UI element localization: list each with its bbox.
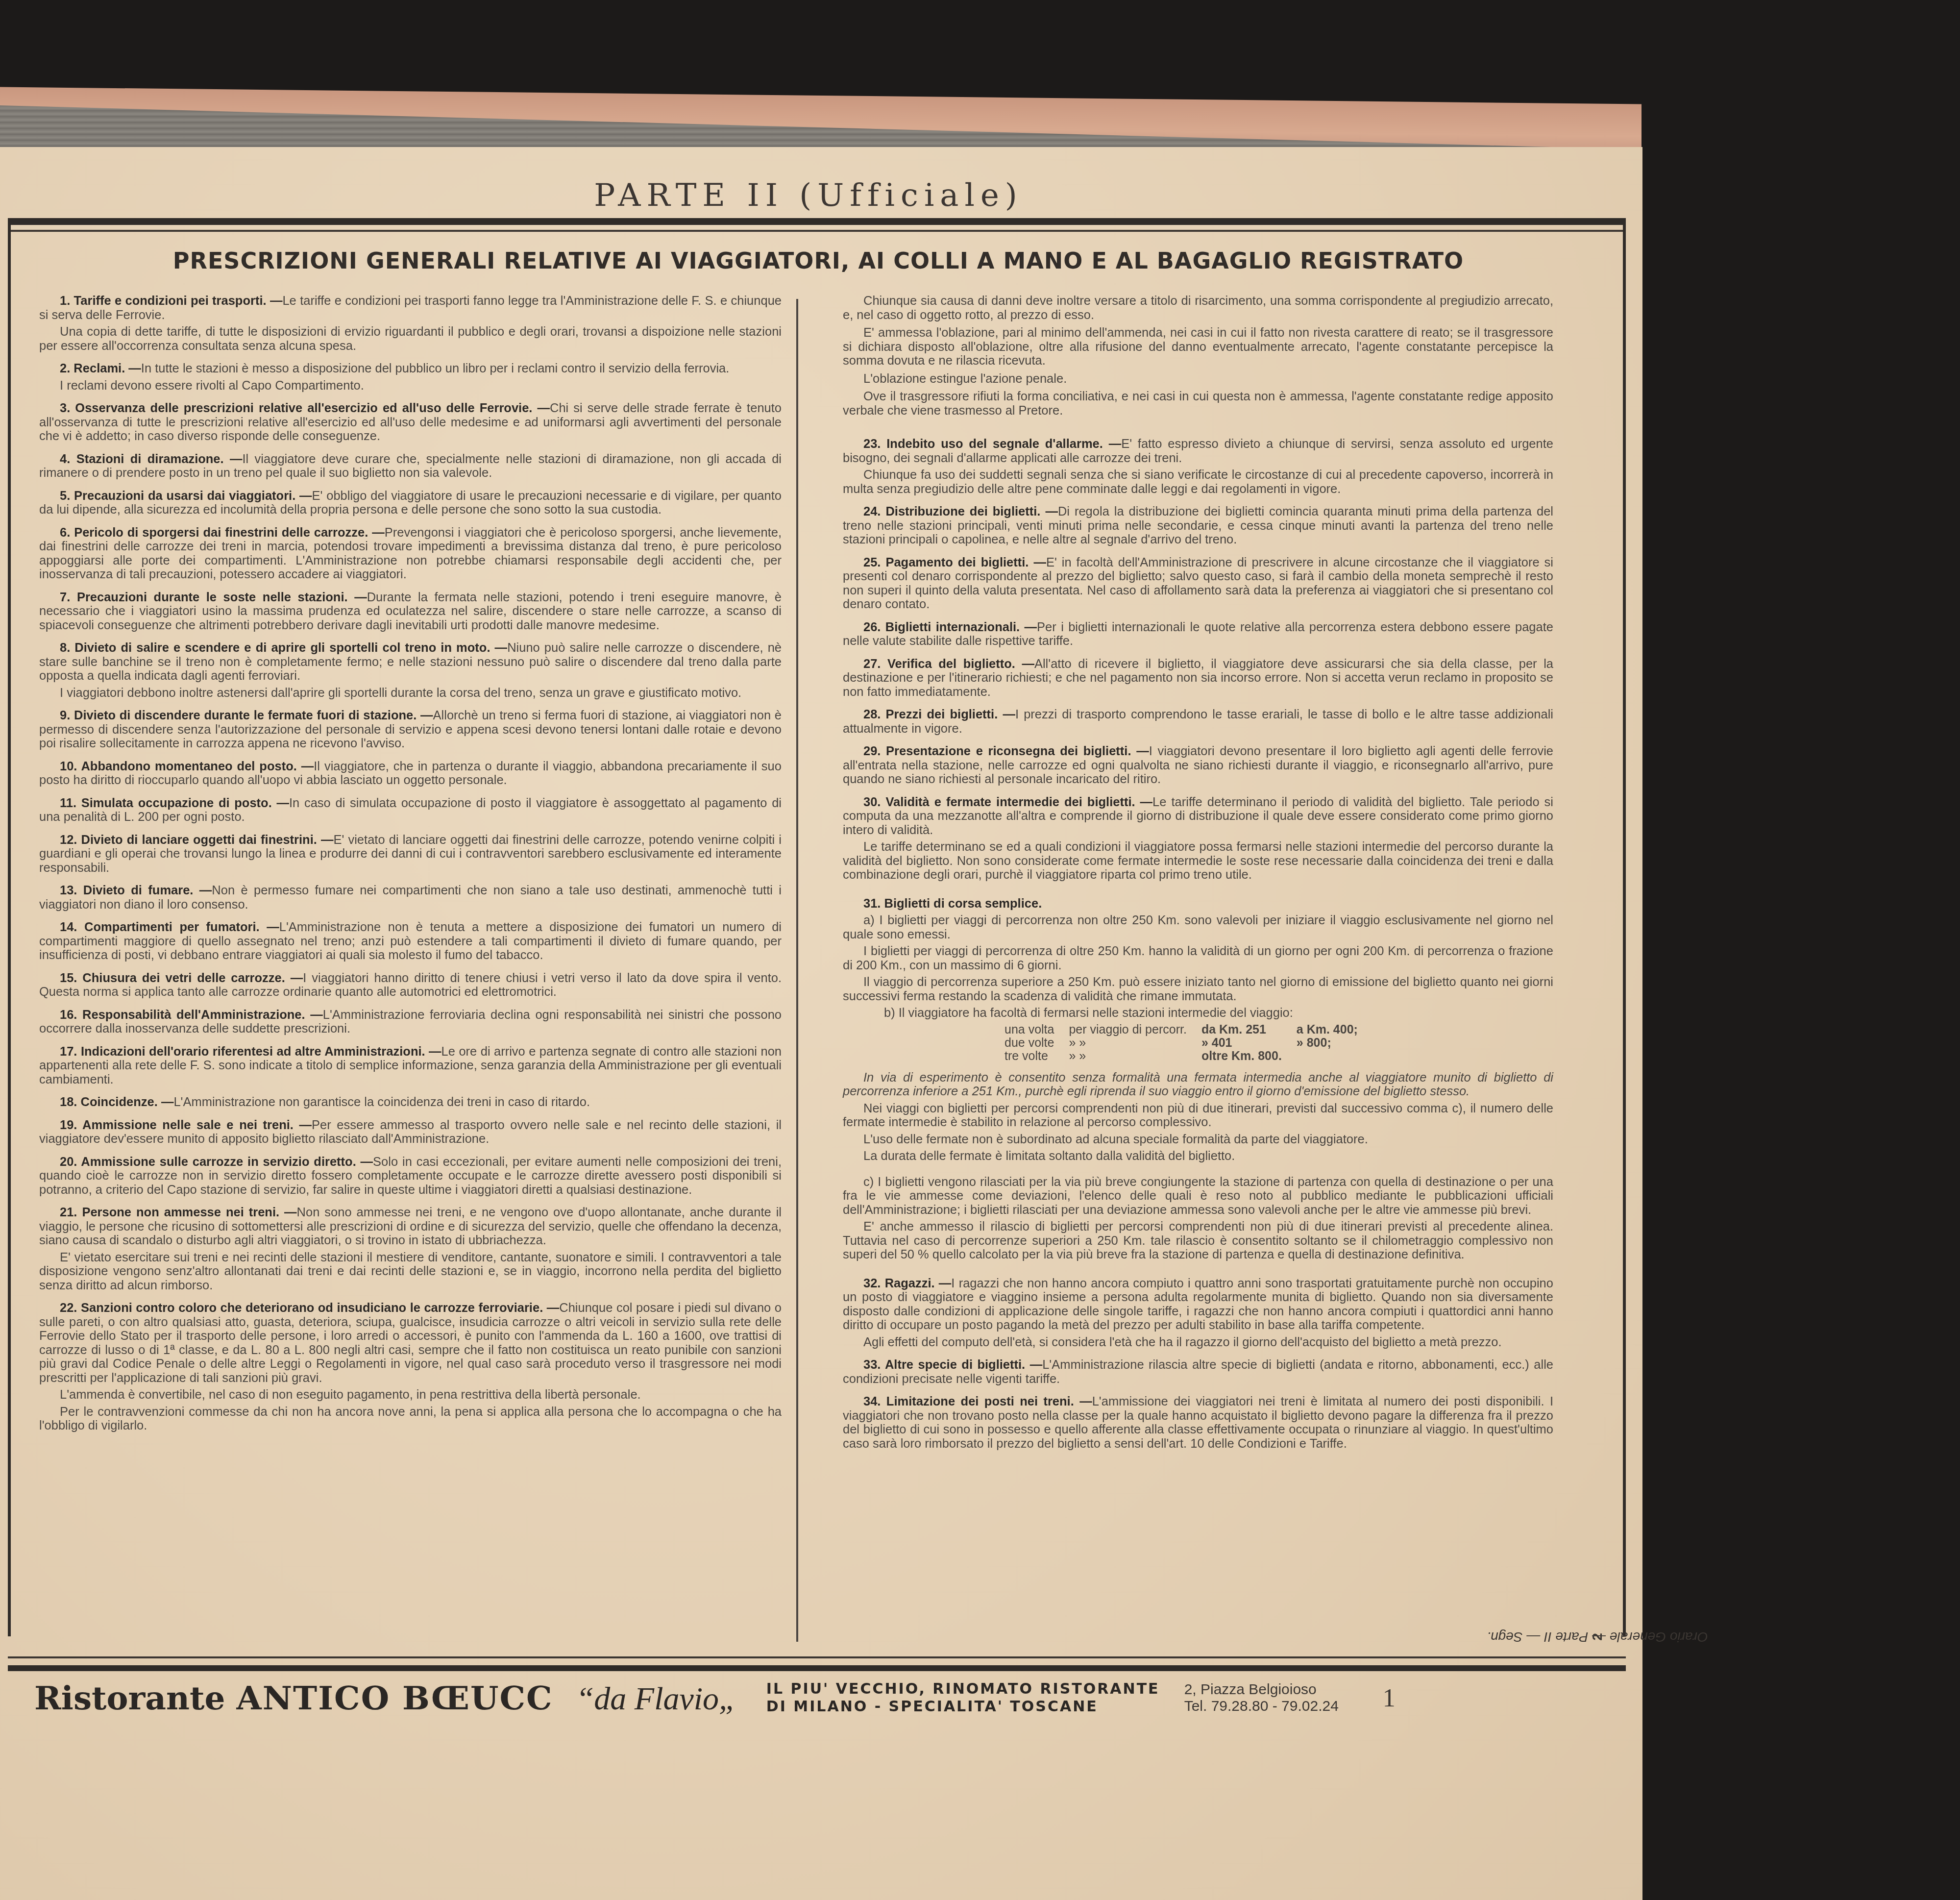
- paragraph: E' ammessa l'oblazione, pari al minimo d…: [843, 326, 1553, 368]
- article-heading: 34. Limitazione dei posti nei treni. —: [863, 1395, 1092, 1408]
- article: 12. Divieto di lanciare oggetti dai fine…: [39, 833, 782, 875]
- article-heading: 6. Pericolo di sporgersi dai finestrini …: [60, 526, 385, 540]
- article-heading: 4. Stazioni di diramazione. —: [60, 452, 243, 466]
- fermate-row: due volte» »» 401» 800;: [1004, 1036, 1372, 1050]
- article-heading: 2. Reclami. —: [60, 362, 141, 375]
- paragraph: Il viaggio di percorrenza superiore a 25…: [843, 975, 1553, 1003]
- article-text: Le tariffe determinano se ed a quali con…: [843, 840, 1553, 882]
- article-paragraph: 16. Responsabilità dell'Amministrazione.…: [39, 1008, 782, 1036]
- article-heading: 12. Divieto di lanciare oggetti dai fine…: [60, 833, 333, 847]
- article: 29. Presentazione e riconsegna dei bigli…: [843, 744, 1553, 787]
- left-column: 1. Tariffe e condizioni pei trasporti. —…: [39, 294, 782, 1442]
- article-text: Una copia di dette tariffe, di tutte le …: [39, 325, 782, 353]
- article: 27. Verifica del biglietto. —All'atto di…: [843, 657, 1553, 699]
- article: 5. Precauzioni da usarsi dai viaggiatori…: [39, 489, 782, 517]
- article-heading: 7. Precauzioni durante le soste nelle st…: [60, 591, 367, 604]
- paragraph: Ove il trasgressore rifiuti la forma con…: [843, 390, 1553, 418]
- article: 21. Persone non ammesse nei treni. —Non …: [39, 1206, 782, 1292]
- article-paragraph: 34. Limitazione dei posti nei treni. —L'…: [843, 1395, 1553, 1451]
- article-31-para-c: c) I biglietti vengono rilasciati per la…: [843, 1175, 1553, 1262]
- article-heading: 10. Abbandono momentaneo del posto. —: [60, 760, 314, 773]
- fermate-cell: » »: [1069, 1050, 1201, 1063]
- article-heading: 17. Indicazioni dell'orario riferentesi …: [60, 1045, 441, 1059]
- fermate-row: una voltaper viaggio di percorr.da Km. 2…: [1004, 1023, 1372, 1036]
- fermate-cell: una volta: [1004, 1023, 1069, 1036]
- article: 18. Coincidenze. —L'Amministrazione non …: [39, 1095, 782, 1110]
- article-paragraph: 27. Verifica del biglietto. —All'atto di…: [843, 657, 1553, 699]
- page-title: PARTE II (Ufficiale): [0, 177, 1617, 214]
- paragraph: L'oblazione estingue l'azione penale.: [843, 372, 1553, 386]
- article: 1. Tariffe e condizioni pei trasporti. —…: [39, 294, 782, 353]
- restaurant-advertisement: Ristorante ANTICO BŒUCC “da Flavio„ IL P…: [34, 1676, 1617, 1720]
- article-text: I reclami devono essere rivolti al Capo …: [60, 379, 364, 393]
- article-paragraph: 14. Compartimenti per fumatori. —L'Ammin…: [39, 920, 782, 962]
- article-paragraph: 9. Divieto di discendere durante le ferm…: [39, 709, 782, 751]
- article-heading: 8. Divieto di salire e scendere e di apr…: [60, 641, 507, 655]
- article-paragraph: 7. Precauzioni durante le soste nelle st…: [39, 591, 782, 633]
- article: 15. Chiusura dei vetri delle carrozze. —…: [39, 971, 782, 999]
- article-heading: 25. Pagamento dei biglietti. —: [863, 556, 1046, 569]
- frame-rule-thick: [8, 1665, 1626, 1671]
- fermate-table: una voltaper viaggio di percorr.da Km. 2…: [1004, 1023, 1372, 1063]
- article-paragraph: 10. Abbandono momentaneo del posto. —Il …: [39, 760, 782, 788]
- fermate-cell: due volte: [1004, 1036, 1069, 1050]
- frame-rule-thin: [8, 1656, 1626, 1658]
- ad-tagline: “da Flavio„: [576, 1681, 737, 1717]
- article-heading: 23. Indebito uso del segnale d'allarme. …: [863, 437, 1121, 451]
- article-heading: 9. Divieto di discendere durante le ferm…: [60, 709, 433, 722]
- article-paragraph: 26. Biglietti internazionali. —Per i big…: [843, 620, 1553, 648]
- article-paragraph: 20. Ammissione sulle carrozze in servizi…: [39, 1155, 782, 1197]
- article: 16. Responsabilità dell'Amministrazione.…: [39, 1008, 782, 1036]
- ad-restaurant-name: Ristorante ANTICO BŒUCC “da Flavio„: [34, 1679, 737, 1718]
- paragraph: Nei viaggi con biglietti per percorsi co…: [843, 1102, 1553, 1130]
- article-paragraph: 5. Precauzioni da usarsi dai viaggiatori…: [39, 489, 782, 517]
- article-paragraph: 1. Tariffe e condizioni pei trasporti. —…: [39, 294, 782, 322]
- article-paragraph: L'ammenda è convertibile, nel caso di no…: [39, 1388, 782, 1402]
- article-text: I viaggiatori debbono inoltre astenersi …: [60, 686, 741, 700]
- article-heading: 15. Chiusura dei vetri delle carrozze. —: [60, 971, 303, 985]
- article-paragraph: Le tariffe determinano se ed a quali con…: [843, 840, 1553, 882]
- article-paragraph: Chiunque fa uso dei suddetti segnali sen…: [843, 468, 1553, 496]
- articles-23-30: 23. Indebito uso del segnale d'allarme. …: [843, 437, 1553, 882]
- article: 14. Compartimenti per fumatori. —L'Ammin…: [39, 920, 782, 962]
- article: 34. Limitazione dei posti nei treni. —L'…: [843, 1395, 1553, 1451]
- paragraph: Chiunque sia causa di danni deve inoltre…: [843, 294, 1553, 322]
- article: 20. Ammissione sulle carrozze in servizi…: [39, 1155, 782, 1197]
- paragraph: a) I biglietti per viaggi di percorrenza…: [843, 913, 1553, 941]
- article-paragraph: 25. Pagamento dei biglietti. —E' in faco…: [843, 556, 1553, 612]
- article: 25. Pagamento dei biglietti. —E' in faco…: [843, 556, 1553, 612]
- fermate-cell: [1297, 1050, 1372, 1063]
- paragraph: L'uso delle fermate non è subordinato ad…: [843, 1133, 1553, 1147]
- article-heading: 16. Responsabilità dell'Amministrazione.…: [60, 1008, 323, 1022]
- ad-address: 2, Piazza Belgioioso Tel. 79.28.80 - 79.…: [1184, 1681, 1339, 1715]
- ad-slogan-line1: IL PIU' VECCHIO, RINOMATO RISTORANTE: [766, 1680, 1160, 1698]
- article-heading: 28. Prezzi dei biglietti. —: [863, 708, 1015, 721]
- article: 6. Pericolo di sporgersi dai finestrini …: [39, 526, 782, 582]
- side-running-label: Orario Generale — Parte II — Segn. 2: [1583, 1446, 1612, 1828]
- main-heading: PRESCRIZIONI GENERALI RELATIVE AI VIAGGI…: [20, 247, 1617, 274]
- article: 22. Sanzioni contro coloro che deteriora…: [39, 1301, 782, 1433]
- article-31-para-b: b) Il viaggiatore ha facoltà di fermarsi…: [843, 1006, 1553, 1020]
- article: 10. Abbandono momentaneo del posto. —Il …: [39, 760, 782, 788]
- article-paragraph: 4. Stazioni di diramazione. —Il viaggiat…: [39, 452, 782, 480]
- article-paragraph: 6. Pericolo di sporgersi dai finestrini …: [39, 526, 782, 582]
- article-heading: 29. Presentazione e riconsegna dei bigli…: [863, 744, 1149, 758]
- paragraph: I biglietti per viaggi di percorrenza di…: [843, 944, 1553, 972]
- paragraph: E' anche ammesso il rilascio di bigliett…: [843, 1220, 1553, 1262]
- article-paragraph: 30. Validità e fermate intermedie dei bi…: [843, 795, 1553, 838]
- fermate-cell: per viaggio di percorr.: [1069, 1023, 1201, 1036]
- article: 23. Indebito uso del segnale d'allarme. …: [843, 437, 1553, 496]
- article: 24. Distribuzione dei biglietti. —Di reg…: [843, 505, 1553, 547]
- article-heading: 26. Biglietti internazionali. —: [863, 620, 1037, 634]
- article-text: E' vietato esercitare sui treni e nei re…: [39, 1251, 782, 1292]
- article-paragraph: 13. Divieto di fumare. —Non è permesso f…: [39, 884, 782, 912]
- article-paragraph: 22. Sanzioni contro coloro che deteriora…: [39, 1301, 782, 1385]
- article-heading: 33. Altre specie di biglietti. —: [863, 1358, 1042, 1372]
- fermate-cell: » 401: [1201, 1036, 1297, 1050]
- article: 8. Divieto di salire e scendere e di apr…: [39, 641, 782, 700]
- article: 28. Prezzi dei biglietti. —I prezzi di t…: [843, 708, 1553, 736]
- article: 13. Divieto di fumare. —Non è permesso f…: [39, 884, 782, 912]
- ad-slogan-line2: DI MILANO - SPECIALITA' TOSCANE: [766, 1698, 1160, 1716]
- article-paragraph: 32. Ragazzi. —I ragazzi che non hanno an…: [843, 1277, 1553, 1332]
- article: 7. Precauzioni durante le soste nelle st…: [39, 591, 782, 633]
- page-number: 1: [1383, 1684, 1396, 1713]
- article-text: Agli effetti del computo dell'età, si co…: [863, 1335, 1502, 1349]
- article-paragraph: 2. Reclami. —In tutte le stazioni è mess…: [39, 362, 782, 376]
- article-31-heading: 31. Biglietti di corsa semplice.: [863, 897, 1042, 911]
- right-column: Chiunque sia causa di danni deve inoltre…: [843, 294, 1553, 1459]
- article-paragraph: 8. Divieto di salire e scendere e di apr…: [39, 641, 782, 683]
- column-divider: [796, 299, 798, 1642]
- ad-slogan: IL PIU' VECCHIO, RINOMATO RISTORANTE DI …: [766, 1680, 1160, 1716]
- article-paragraph: Per le contravvenzioni commesse da chi n…: [39, 1405, 782, 1433]
- article-paragraph: 33. Altre specie di biglietti. —L'Ammini…: [843, 1358, 1553, 1386]
- article-31-para-a: a) I biglietti per viaggi di percorrenza…: [843, 913, 1553, 1003]
- ad-prefix: Ristorante: [34, 1679, 225, 1717]
- article: 26. Biglietti internazionali. —Per i big…: [843, 620, 1553, 648]
- article-paragraph: 24. Distribuzione dei biglietti. —Di reg…: [843, 505, 1553, 547]
- document-page: PARTE II (Ufficiale) PRESCRIZIONI GENERA…: [0, 147, 1642, 1900]
- article-22-continuation: Chiunque sia causa di danni deve inoltre…: [843, 294, 1553, 418]
- fermate-cell: » »: [1069, 1036, 1201, 1050]
- article-heading: 5. Precauzioni da usarsi dai viaggiatori…: [60, 489, 312, 503]
- article-31: 31. Biglietti di corsa semplice. a) I bi…: [843, 897, 1553, 1262]
- article-heading: 24. Distribuzione dei biglietti. —: [863, 505, 1058, 518]
- article-text: Chiunque fa uso dei suddetti segnali sen…: [843, 468, 1553, 496]
- article-heading: 27. Verifica del biglietto. —: [863, 657, 1034, 671]
- article-heading: 14. Compartimenti per fumatori. —: [60, 920, 279, 934]
- article-paragraph: 11. Simulata occupazione di posto. —In c…: [39, 796, 782, 824]
- article-paragraph: 23. Indebito uso del segnale d'allarme. …: [843, 437, 1553, 465]
- paragraph: c) I biglietti vengono rilasciati per la…: [843, 1175, 1553, 1217]
- article: 3. Osservanza delle prescrizioni relativ…: [39, 401, 782, 444]
- article-paragraph: Una copia di dette tariffe, di tutte le …: [39, 325, 782, 353]
- article: 19. Ammissione nelle sale e nei treni. —…: [39, 1118, 782, 1146]
- article-paragraph: I reclami devono essere rivolti al Capo …: [39, 379, 782, 393]
- article-heading: 13. Divieto di fumare. —: [60, 884, 212, 897]
- article-heading: 1. Tariffe e condizioni pei trasporti. —: [60, 294, 282, 308]
- article-paragraph: 21. Persone non ammesse nei treni. —Non …: [39, 1206, 782, 1248]
- article: 32. Ragazzi. —I ragazzi che non hanno an…: [843, 1277, 1553, 1350]
- articles-32-34: 32. Ragazzi. —I ragazzi che non hanno an…: [843, 1277, 1553, 1451]
- fermate-cell: oltre Km. 800.: [1201, 1050, 1297, 1063]
- article-heading: 21. Persone non ammesse nei treni. —: [60, 1206, 297, 1219]
- article: 17. Indicazioni dell'orario riferentesi …: [39, 1045, 782, 1087]
- article-heading: 3. Osservanza delle prescrizioni relativ…: [60, 401, 550, 415]
- article-heading: 11. Simulata occupazione di posto. —: [60, 796, 289, 810]
- side-label-text: Orario Generale — Parte II — Segn.: [1487, 1629, 1708, 1645]
- fermate-cell: da Km. 251: [1201, 1023, 1297, 1036]
- article-text: In tutte le stazioni è messo a disposizi…: [141, 362, 730, 375]
- article-paragraph: 12. Divieto di lanciare oggetti dai fine…: [39, 833, 782, 875]
- fermate-cell: tre volte: [1004, 1050, 1069, 1063]
- article: 9. Divieto di discendere durante le ferm…: [39, 709, 782, 751]
- article-paragraph: 15. Chiusura dei vetri delle carrozze. —…: [39, 971, 782, 999]
- ad-name: ANTICO BŒUCC: [237, 1679, 553, 1717]
- paragraph: La durata delle fermate è limitata solta…: [843, 1149, 1553, 1163]
- article-paragraph: 3. Osservanza delle prescrizioni relativ…: [39, 401, 782, 444]
- article-paragraph: 28. Prezzi dei biglietti. —I prezzi di t…: [843, 708, 1553, 736]
- article-paragraph: E' vietato esercitare sui treni e nei re…: [39, 1251, 782, 1293]
- article-text: L'Amministrazione non garantisce la coin…: [173, 1095, 590, 1109]
- article-31-italic-note: In via di esperimento è consentito senza…: [843, 1071, 1553, 1099]
- article: 2. Reclami. —In tutte le stazioni è mess…: [39, 362, 782, 393]
- article-paragraph: Agli effetti del computo dell'età, si co…: [843, 1335, 1553, 1350]
- article-paragraph: 29. Presentazione e riconsegna dei bigli…: [843, 744, 1553, 787]
- article-heading: 22. Sanzioni contro coloro che deteriora…: [60, 1301, 559, 1315]
- article-31-after-b: Nei viaggi con biglietti per percorsi co…: [843, 1102, 1553, 1163]
- article-text: L'ammenda è convertibile, nel caso di no…: [60, 1388, 641, 1402]
- fermate-cell: a Km. 400;: [1297, 1023, 1372, 1036]
- ad-phone: Tel. 79.28.80 - 79.02.24: [1184, 1698, 1339, 1715]
- article-heading: 20. Ammissione sulle carrozze in servizi…: [60, 1155, 373, 1169]
- article-paragraph: I viaggiatori debbono inoltre astenersi …: [39, 686, 782, 700]
- article-heading: 30. Validità e fermate intermedie dei bi…: [863, 795, 1152, 809]
- article-heading: 18. Coincidenze. —: [60, 1095, 173, 1109]
- article-heading: 32. Ragazzi. —: [863, 1277, 951, 1290]
- article: 11. Simulata occupazione di posto. —In c…: [39, 796, 782, 824]
- ad-street: 2, Piazza Belgioioso: [1184, 1681, 1339, 1698]
- article-heading: 19. Ammissione nelle sale e nei treni. —: [60, 1118, 312, 1132]
- article-text: Per le contravvenzioni commesse da chi n…: [39, 1405, 782, 1433]
- article: 33. Altre specie di biglietti. —L'Ammini…: [843, 1358, 1553, 1386]
- article-paragraph: 18. Coincidenze. —L'Amministrazione non …: [39, 1095, 782, 1110]
- article: 30. Validità e fermate intermedie dei bi…: [843, 795, 1553, 882]
- fermate-cell: » 800;: [1297, 1036, 1372, 1050]
- article: 4. Stazioni di diramazione. —Il viaggiat…: [39, 452, 782, 480]
- fermate-row: tre volte» »oltre Km. 800.: [1004, 1050, 1372, 1063]
- article-paragraph: 19. Ammissione nelle sale e nei treni. —…: [39, 1118, 782, 1146]
- article-paragraph: 17. Indicazioni dell'orario riferentesi …: [39, 1045, 782, 1087]
